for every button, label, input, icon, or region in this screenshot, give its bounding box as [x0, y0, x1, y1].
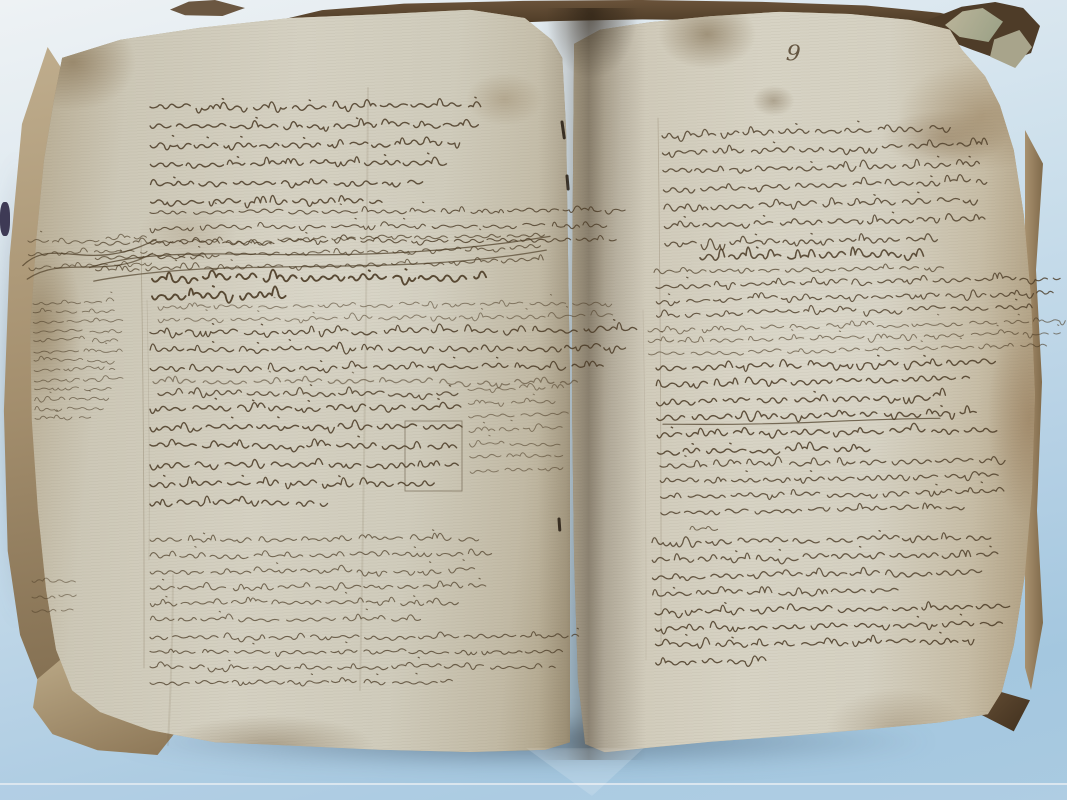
script-left-cancelled-entry	[89, 225, 551, 281]
script-left-entry-3	[150, 398, 462, 506]
script-left-entry-1	[150, 97, 481, 209]
script-right-entry-2	[656, 269, 1061, 320]
script-left-entry-2-ref	[158, 385, 458, 400]
script-left-margin-cancelled	[22, 227, 158, 279]
script-right-entry-6	[652, 529, 998, 598]
script-left-entry-2	[150, 320, 637, 374]
left-ruled-line	[360, 88, 368, 690]
binding-stitch	[567, 176, 568, 189]
right-ruled-line	[643, 310, 646, 660]
script-right-entry-6-super	[690, 526, 718, 530]
script-right-entry-1-tail	[654, 263, 944, 277]
page-number: 9	[784, 41, 811, 73]
left-ruled-line	[141, 240, 144, 668]
script-right-entry-1-flourish	[700, 244, 924, 264]
photo-scene: 9	[0, 0, 1067, 800]
script-left-heading-line-1	[152, 269, 486, 285]
script-left-margin-column	[33, 292, 125, 421]
script-right-entry-7	[655, 599, 1011, 668]
handwriting-layer	[0, 0, 1067, 800]
script-right-entry-1	[662, 118, 990, 252]
script-left-margin-right	[468, 383, 570, 474]
margin-annotation-box	[405, 421, 462, 491]
left-ruled-line	[147, 300, 149, 560]
script-left-heading-line-2	[152, 286, 286, 303]
script-left-entry-4	[150, 530, 492, 623]
left-ruled-line	[168, 575, 173, 745]
binding-stitch	[562, 122, 564, 138]
binding-stitch	[559, 519, 560, 530]
script-right-entry-5	[660, 450, 1006, 516]
script-left-entry-5	[150, 628, 579, 686]
script-left-entry-1-note	[150, 201, 625, 247]
script-right-entry-3	[648, 312, 1066, 357]
script-right-entry-4	[656, 353, 997, 456]
script-left-margin-lower	[32, 578, 76, 612]
